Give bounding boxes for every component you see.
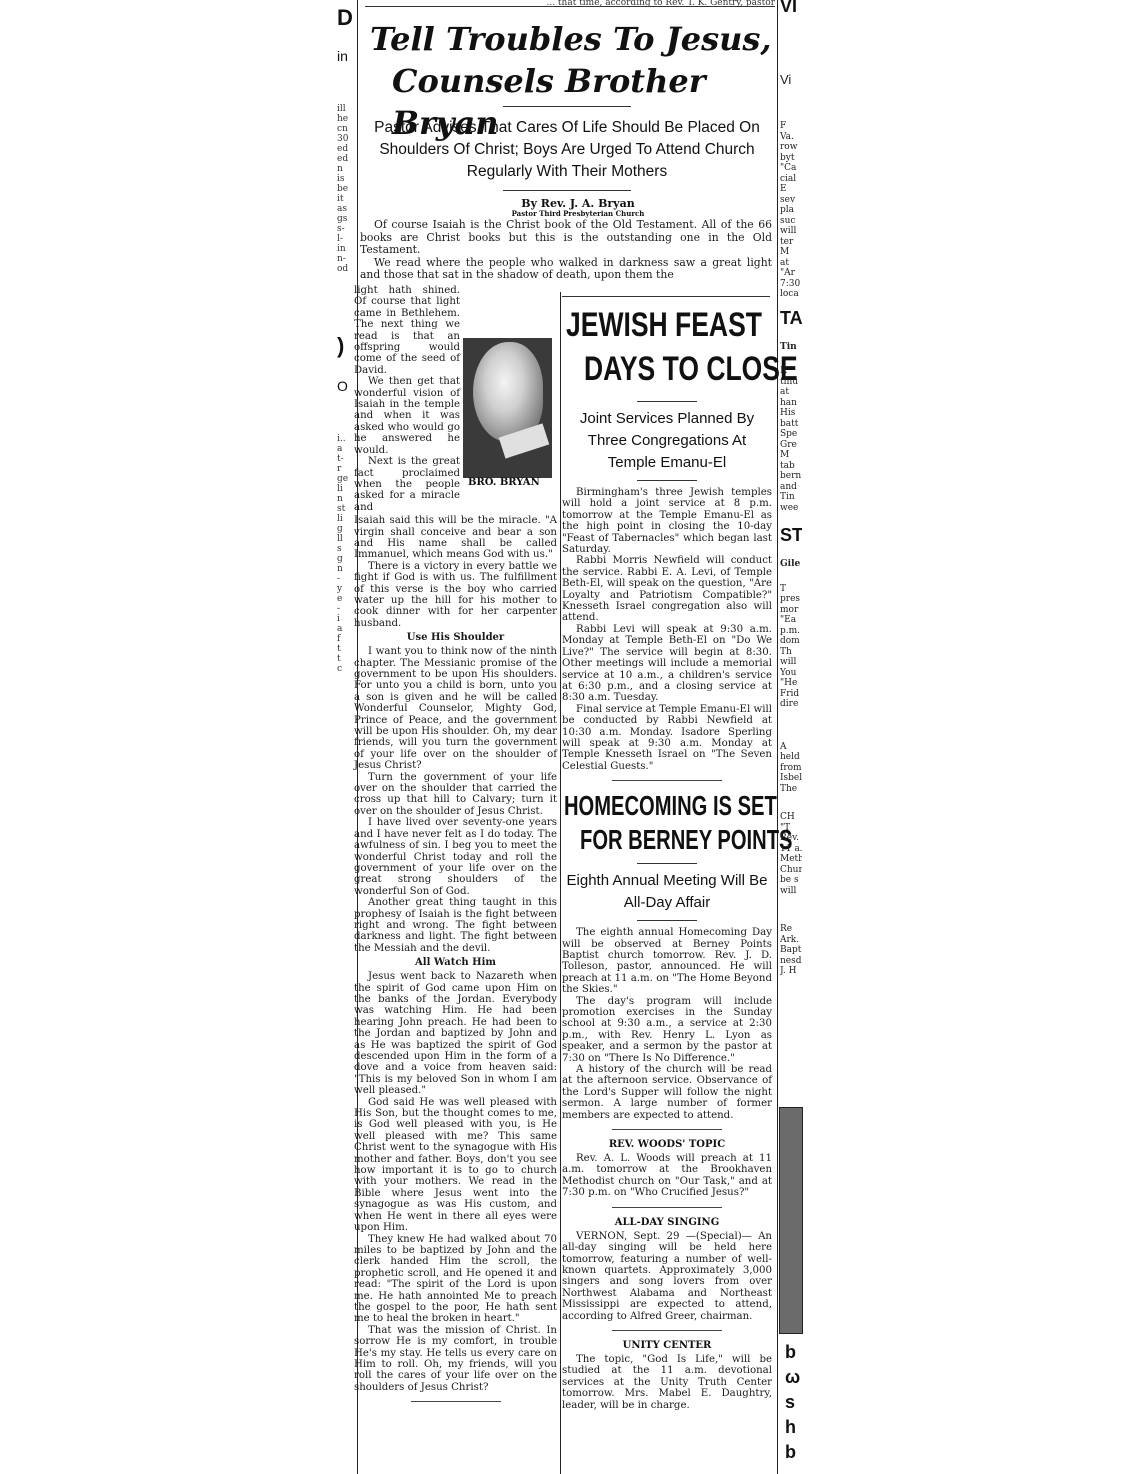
right-fragment-line: His [780,408,802,419]
right-fragment-line: Meth [780,854,802,865]
right-fragment-line: "He [780,678,802,689]
deck-divider [503,190,631,191]
left-fragment-line: ed [337,144,357,154]
homecoming-rule-1 [637,863,697,864]
left-fragment-line: be [337,184,357,194]
right-fragment-line: wee [780,503,802,514]
right-fragment-line: pla [780,205,802,216]
left-fragment-line: n- [337,254,357,264]
right-fragment-line: "Ea [780,615,802,626]
right-fragment-line: M [780,450,802,461]
section1-paragraph-2: Turn the government of your life over on… [354,772,557,818]
right-fragment-line: Tin [780,492,802,503]
homecoming-headline-line-1: HOMECOMING IS SET [564,789,714,823]
right-fragment-block-5: CH"TRev.11 a.MethChurbe swill [780,812,802,896]
right-fragment-line: han [780,398,802,409]
advertisement-letter: s [785,1390,803,1415]
section-divider-4 [612,1330,722,1331]
advertisement-letter: b [785,1440,803,1465]
singing-item-title: ALL-DAY SINGING [562,1216,772,1229]
left-fragment-line: as [337,204,357,214]
jewish-feast-rule-2 [637,480,697,481]
right-fragment-line: mor [780,605,802,616]
section1-paragraph-3: I have lived over seventy-one years and … [354,817,557,897]
homecoming-paragraph-3: A history of the church will be read at … [562,1064,772,1121]
right-fragment-line: dom [780,636,802,647]
right-fragment-line: Bapt [780,945,802,956]
right-fragment-line: The [780,784,802,795]
right-fragment-mid: Vi [780,72,802,87]
left-fragment-line: cn [337,124,357,134]
right-fragment-line: will [780,886,802,897]
section2-paragraph-1: Jesus went back to Nazareth when the spi… [354,971,557,1096]
left-fragment-line: n [337,164,357,174]
section-divider-3 [612,1207,722,1208]
section-divider-1 [612,780,722,781]
right-fragment-line: cial [780,174,802,185]
narrow-text-beside-photo: light hath shined. Of course that light … [354,285,460,513]
lead-paragraph-1: Of course Isaiah is the Christ book of t… [360,219,772,257]
jewish-feast-rule-1 [637,401,697,402]
article-end-rule [411,1401,501,1402]
advertisement-image-fragment [779,1107,803,1334]
right-fragment-line: "T [780,823,802,834]
homecoming-rule-2 [637,920,697,921]
right-fragment-block-6: ReArk.BaptnesdJ. H [780,924,802,977]
left-fragment-line: in [337,244,357,254]
right-fragment-line: tab [780,461,802,472]
left-fragment-line: l- [337,234,357,244]
right-article-column: JEWISH FEAST DAYS TO CLOSE Joint Service… [562,296,772,1411]
right-fragment-line: dire [780,699,802,710]
homecoming-headline: HOMECOMING IS SET FOR BERNEY POINTS [562,789,772,857]
homecoming-paragraph-2: The day's program will include promotion… [562,996,772,1064]
right-fragment-line: suc [780,216,802,227]
right-fragment-line: Re [780,924,802,935]
right-fragment-line: tinu [780,377,802,388]
right-fragment-big-top: VI [780,0,802,16]
advertisement-letter: b [785,1340,803,1365]
column-paragraph-1: Isaiah said this will be the miracle. "A… [354,515,557,561]
narrow-paragraph-3: Next is the great fact proclaimed when t… [354,456,460,513]
right-fragment-line: "Ar [780,268,802,279]
right-fragment-line: T [780,584,802,595]
right-fragment-line: M [780,247,802,258]
right-fragment-block-4: AheldfromIsbelThe [780,742,802,795]
section2-paragraph-4: That was the mission of Christ. In sorro… [354,1325,557,1393]
right-fragment-sub-2: Tin [780,342,802,353]
woods-item-text: Rev. A. L. Woods will preach at 11 a.m. … [562,1153,772,1199]
lead-paragraph-2: We read where the people who walked in d… [360,257,772,282]
right-fragment-line: be s [780,875,802,886]
right-fragment-line: bern [780,471,802,482]
right-fragment-line: Chur [780,865,802,876]
homecoming-headline-line-2: FOR BERNEY POINTS [580,823,718,857]
headline-divider [503,106,631,107]
clipped-previous-article-line: ... that time, according to Rev. T. K. G… [365,0,775,7]
jewish-feast-body: Birmingham's three Jewish temples will h… [562,487,772,772]
right-fragment-block-1: FVa.rowbyt"CacialEsevplasucwillterMat"Ar… [780,121,802,300]
right-fragment-line: Th [780,647,802,658]
left-fragment-line: ed [337,154,357,164]
right-fragment-line: from [780,763,802,774]
lead-paragraphs: Of course Isaiah is the Christ book of t… [360,219,772,282]
jewish-feast-paragraph-2: Rabbi Morris Newfield will conduct the s… [562,555,772,623]
right-fragment-line: sev [780,195,802,206]
right-fragment-line: F [780,121,802,132]
right-fragment-line: 7:30 [780,279,802,290]
right-fragment-line: will [780,226,802,237]
right-fragment-line: E [780,184,802,195]
right-fragment-line: Gre [780,440,802,451]
main-deck: Pastor Advises That Cares Of Life Should… [358,117,776,183]
column-rule-center [560,292,561,1474]
section1-paragraph-4: Another great thing taught in this proph… [354,897,557,954]
right-fragment-line: Rev. [780,833,802,844]
right-fragment-line: Frid [780,689,802,700]
advertisement-text-fragment: bωshb [785,1340,803,1465]
left-fragment-big-1: D [337,6,357,30]
homecoming-deck: Eighth Annual Meeting Will Be All-Day Af… [562,870,772,914]
left-fragment-line: ill [337,104,357,114]
jewish-feast-paragraph-1: Birmingham's three Jewish temples will h… [562,487,772,555]
right-fragment-big-2: TA [780,308,802,328]
subhead-use-his-shoulder: Use His Shoulder [354,631,557,644]
right-fragment-big-3: STI [780,525,802,545]
right-fragment-line: J. H [780,966,802,977]
right-fragment-block-3: Tpresmor"Eap.m.domThwillYou"HeFriddire [780,584,802,710]
right-fragment-sub-3: Gile [780,559,802,570]
section2-paragraph-2: God said He was well pleased with His So… [354,1097,557,1234]
jewish-feast-deck: Joint Services Planned By Three Congrega… [562,408,772,474]
singing-item-text: VERNON, Sept. 29 —(Special)— An all-day … [562,1231,772,1322]
left-fragment-line: it [337,194,357,204]
narrow-paragraph-1: light hath shined. Of course that light … [354,285,460,376]
left-fragment-line: od [337,264,357,274]
column-paragraph-2: There is a victory in every battle we fi… [354,561,557,629]
right-fragment-line: A [780,742,802,753]
jewish-feast-paragraph-4: Final service at Temple Emanu-El will be… [562,704,772,772]
left-fragment-line: s- [337,224,357,234]
right-fragment-line: Ark. [780,935,802,946]
right-fragment-line: loca [780,289,802,300]
right-fragment-line: held [780,752,802,763]
left-fragment-line: is [337,174,357,184]
right-fragment-line: 11 a. [780,844,802,855]
left-fragment-word: in [337,48,357,64]
right-fragment-line: CH [780,812,802,823]
unity-item-text: The topic, "God Is Life," will be studie… [562,1354,772,1411]
right-fragment-line: at [780,387,802,398]
woods-item-title: REV. WOODS' TOPIC [562,1138,772,1151]
right-fragment-line: ter [780,237,802,248]
column-rule-right [777,0,778,1474]
jewish-feast-headline-line-2: DAYS TO CLOSE [584,347,731,391]
right-fragment-line: Va. [780,132,802,143]
right-fragment-line: and [780,482,802,493]
byline-title: Pastor Third Presbyterian Church [358,210,798,218]
right-fragment-line: at [780,258,802,269]
advertisement-letter: ω [785,1365,803,1390]
homecoming-body: The eighth annual Homecoming Day will be… [562,927,772,1121]
section1-paragraph-1: I want you to think now of the ninth cha… [354,646,557,771]
right-fragment-line: row [780,142,802,153]
newspaper-page: D in illhecn30edednisbeitasgss-l-inn-od)… [0,0,1139,1474]
right-fragment-line: Isbel [780,773,802,784]
narrow-paragraph-2: We then get that wonderful vision of Isa… [354,376,460,456]
right-fragment-line: "Ca [780,163,802,174]
right-fragment-line: batt [780,419,802,430]
right-fragment-line: will [780,657,802,668]
right-fragment-line: R [780,366,802,377]
top-rule [562,296,770,297]
right-fragment-line: p.m. [780,626,802,637]
jewish-feast-headline-line-1: JEWISH FEAST [566,303,727,347]
photo-caption: BRO. BRYAN [468,477,558,488]
section2-paragraph-3: They knew He had walked about 70 miles t… [354,1234,557,1325]
right-fragment-line: nesd [780,956,802,967]
portrait-photo-bro-bryan [463,338,552,478]
left-fragment-line: 30 [337,134,357,144]
section-divider-2 [612,1129,722,1130]
jewish-feast-headline: JEWISH FEAST DAYS TO CLOSE [562,303,772,395]
advertisement-letter: h [785,1415,803,1440]
unity-item-title: UNITY CENTER [562,1339,772,1352]
right-fragment-line: You [780,668,802,679]
right-fragment-line: pres [780,594,802,605]
left-fragment-line: he [337,114,357,124]
main-headline-line-1: Tell Troubles To Jesus, [358,18,776,60]
homecoming-paragraph-1: The eighth annual Homecoming Day will be… [562,927,772,995]
subhead-all-watch-him: All Watch Him [354,956,557,969]
left-fragment-line: gs [337,214,357,224]
right-fragment-line: byt [780,153,802,164]
right-fragment-line: Spe [780,429,802,440]
jewish-feast-paragraph-3: Rabbi Levi will speak at 9:30 a.m. Monda… [562,624,772,704]
right-fragment-block-2: RtinuathanHisbattSpeGreMtabbernandTinwee [780,366,802,513]
